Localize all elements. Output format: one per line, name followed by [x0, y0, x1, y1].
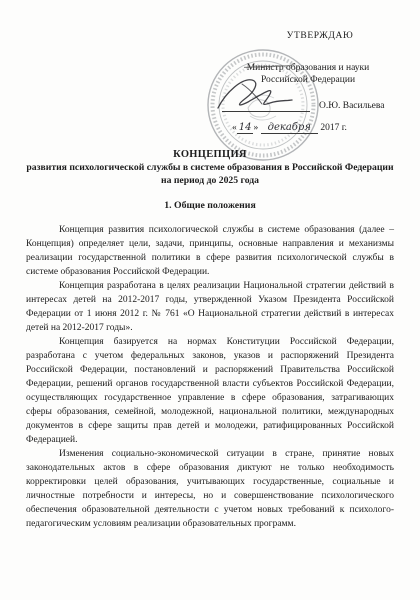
date-close-quote: » [253, 123, 258, 133]
date-day-handwritten: 14 [237, 122, 254, 134]
section-heading: 1. Общие положения [26, 200, 394, 211]
document-title-line3: на период до 2025 года [26, 174, 394, 187]
approval-block: УТВЕРЖДАЮ Министр образования и науки Ро… [218, 30, 398, 135]
document-title-line2: развития психологической службы в систем… [26, 161, 394, 174]
paragraph-1: Концепция развития психологической служб… [26, 223, 394, 279]
approver-title-line2: Российской Федерации [218, 74, 398, 87]
date-month-handwritten: декабря [261, 122, 318, 134]
approval-date: «14» декабря 2017 г. [218, 122, 398, 135]
date-year: 2017 г. [320, 123, 347, 133]
approver-name: О.Ю. Васильева [319, 100, 384, 113]
document-content: КОНЦЕПЦИЯ развития психологической служб… [26, 148, 394, 531]
signature-row: О.Ю. Васильева [218, 100, 398, 113]
approval-label: УТВЕРЖДАЮ [218, 30, 398, 43]
document-title-line1: КОНЦЕПЦИЯ [26, 148, 394, 161]
paragraph-4: Изменения социально-экономической ситуац… [26, 447, 394, 531]
paragraph-2: Концепция разработана в целях реализации… [26, 279, 394, 335]
paragraph-3: Концепция базируется на нормах Конституц… [26, 335, 394, 447]
document-page: УТВЕРЖДАЮ Министр образования и науки Ро… [0, 0, 420, 600]
signature-line [222, 100, 310, 112]
